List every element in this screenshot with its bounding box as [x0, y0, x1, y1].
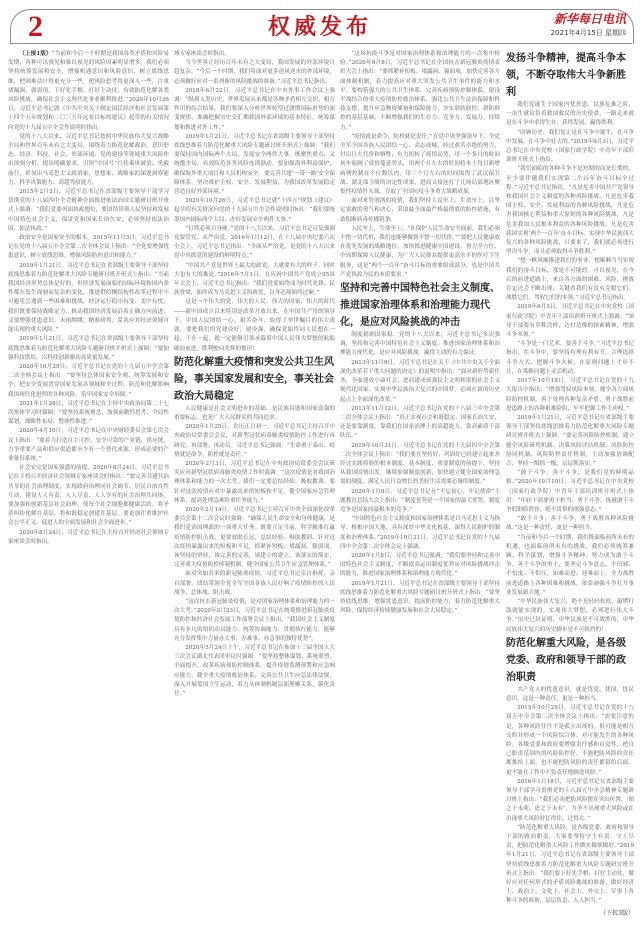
article-paragraph: 2020年1月25日，农历正月初一，习近平总书记主持召开中央政治局常委会会议，对…: [174, 423, 335, 460]
article-paragraph: 制度稳则国家稳。党的十八大以来，习近平总书记多次强调，坚持和完善中国特色社会主义…: [340, 331, 500, 359]
article-paragraph: “回顾历史，我们党正是在斗争中诞生、在斗争中发展、在斗争中壮大的。”2019年9…: [506, 129, 634, 166]
article-paragraph: 2019年9月3日，习近平总书记在中央党校（国家行政学院）中青年干部培训班开班式…: [506, 303, 634, 340]
article-paragraph: 我们党诞生于国家内忧外患、民族危难之时，一出生就肩负着救国救民的历史使命，一路走…: [506, 101, 634, 129]
subheadline-epidemic-risk: 防范化解重大疫情和突发公共卫生风险，事关国家发展和安全，事关社会政治大局稳定: [174, 354, 335, 405]
article-paragraph: 人民健康是社会文明进步的基础，是民族昌盛和国家富强的重要标志，也是广大人民群众的…: [174, 405, 335, 423]
article-paragraph: “中华民族伟大复兴，绝不是轻轻松松、敲锣打鼓就能实现的。实现伟大梦想，必须进行伟…: [506, 598, 634, 635]
article-paragraph: （上接1版）“当前和今后一个时期是我国各类矛盾和风险易发期，各种可以预见和难以预…: [8, 50, 169, 133]
article-column-2: 域专家座谈会时指出。 当今世界正经历百年未有之大变局，我国发展的外部环境日趋复杂…: [174, 50, 335, 921]
article-paragraph: 这是一个伟大的党、伟大的人民、伟大的国家、伟大的时代——新中国成立以来特别是改革…: [174, 298, 335, 353]
article-paragraph: 2015年10月29日，习近平总书记在党的十八届五中全会第二次全体会议上指出：“…: [506, 704, 634, 778]
article-paragraph: 2018年6月22日，习近平总书记在中央外事工作会议上强调：“纵观人类历史，世界…: [174, 87, 335, 133]
continued-from-label: （上接1版）: [19, 51, 52, 57]
masthead: 新华每日电讯 2021年4月15日 星期四: [551, 12, 626, 38]
article-paragraph: 2021年1月28日，习近平总书记在主持中央政治局第二十七次集体学习时强调：“要…: [8, 400, 169, 428]
continued-on-label: （下转3版）: [506, 909, 634, 918]
article-paragraph: 2020年2月3日，习近平总书记在中央政治局常委会会议研究应对新型冠状病毒肺炎疫…: [174, 460, 335, 506]
article-paragraph: “疫情就是命令，防控就是责任。”在党中央坚强领导下，全党全军全国各族人民团结一心…: [340, 133, 500, 197]
article-paragraph: 2019年1月21日，习近平总书记在省部级主要领导干部坚持底线思维着力防范化解重…: [8, 335, 169, 363]
article-column-1: （上接1版）“当前和今后一个时期是我国各类矛盾和风险易发期，各种可以预见和难以预…: [8, 50, 169, 921]
subheadline-political-duty: 防范化解重大风险，是各级党委、政府和领导干部的政治职责: [506, 635, 634, 686]
article-paragraph: “防范化解重大风险，是各级党委、政府和领导干部的政治职责，大家要坚持守土有责、守…: [506, 824, 634, 907]
article-paragraph: “敢于斗争、善于斗争，是我们党的鲜明品格。”2020年10月10日，习近平总书记…: [506, 469, 634, 515]
article-paragraph: 2013年11月9日，习近平总书记在关于《中共中央关于全面深化改革若干重大问题的…: [340, 359, 500, 405]
article-paragraph: “想一帆风顺推进我们的事业，想顺顺当当实现我们的奋斗目标，那是不可能的。可以预见…: [506, 257, 634, 303]
article-paragraph: 2017年10月18日，习近平总书记在党的十九大报告中指出：“增强驾驭风险本领，…: [506, 377, 634, 414]
header-divider: [10, 43, 632, 44]
section-title: 权威发布: [0, 14, 640, 40]
article-paragraph: “斗争是一门艺术，要善于斗争。”习近平总书记指出，在斗争中，要坚持有理有利有节，…: [506, 340, 634, 377]
article-paragraph: 2019年1月21日，习近平总书记在省部级主要领导干部坚持底线思维着力防范化解重…: [506, 414, 634, 469]
article-paragraph: “中国特色社会主义制度和国家治理体系是以马克思主义为指导、植根中国大地、具有深厚…: [340, 515, 500, 552]
article-paragraph: 2020年1月8日，习近平总书记在“不忘初心、牢记使命”主题教育总结大会上指出：…: [340, 488, 500, 516]
article-paragraph: 面对来势汹汹的疫情，我们坚持人民至上、生命至上，以坚定果敢的勇气和决心，采取最全…: [340, 197, 500, 225]
article-paragraph: 2019年10月31日，习近平总书记在党的十九届四中全会第二次全体会议上指出：“…: [340, 442, 500, 488]
subheadline-struggle-spirit: 发扬斗争精神，提高斗争本领，不断夺取伟大斗争新胜利: [506, 50, 634, 101]
article-paragraph: 域专家座谈会时指出。: [174, 50, 335, 59]
article-paragraph: 当今世界正经历百年未有之大变局，我国发展的外部环境日趋复杂。“今后一个时期，我们…: [174, 59, 335, 87]
article-paragraph: 人民至上，生命至上。“在保护人民生命安全面前，我们必须不惜一切代价，我们也能够做…: [340, 225, 500, 280]
article-paragraph: “敢于斗争，善于斗争，勇于战胜各种风险挑战。”这是一种责任，更是一种担当。: [506, 515, 634, 533]
article-paragraph: “中国共产党是世界上最大的政党。大就要有大的样子，同时大也有大的难处。”2016…: [174, 262, 335, 299]
article-paragraph: 2019年1月21日，习近平总书记在省部级主要领导干部坚持底线思维着力防范化解重…: [174, 133, 335, 197]
article-paragraph: 共产党人的忧患意识，就是忧党、忧国、忧民意识，这是一种责任，更是一种担当。: [506, 686, 634, 704]
article-paragraph: 2020年2月14日，习近平总书记主持召开中央全面深化改革委员会第十二次会议时强…: [174, 506, 335, 570]
article-paragraph: 2013年11月12日，习近平总书记在党的十八届三中全会第二次全体会议上指出：“…: [340, 405, 500, 442]
article-paragraph: “我们面临的各种斗争不是短期的而是长期的，至少要伴随我们实现第二个百年奋斗目标全…: [506, 165, 634, 257]
article-paragraph: 面对突如其来的新冠肺炎疫情，习近平总书记亲自指挥、亲自部署，团结带领全党全军全国…: [174, 570, 335, 598]
article-paragraph: 2020年1月8日，习近平总书记强调，“我们要坚持和完善中国特色社会主义制度，不…: [340, 552, 500, 580]
article-paragraph: “这场抗疫斗争是对国家治理体系和治理能力的一次集中检验。”2020年9月8日，习…: [340, 50, 500, 133]
article-paragraph: 党的十八大以来，习近平总书记按照中华民族伟大复兴战略全局和世界百年未有之大变局，…: [8, 133, 169, 188]
issue-date: 2021年4月15日 星期四: [551, 28, 626, 38]
newspaper-logo: 新华每日电讯: [551, 12, 626, 26]
article-paragraph: “打铁必须自身硬。”党的十八大以来，习近平总书记反复强调党要管党、从严治党。20…: [174, 225, 335, 262]
article-paragraph: 2019年1月21日，习近平总书记在省部级主要领导干部坚持底线思维着力防范化解重…: [340, 580, 500, 617]
article-paragraph: 2019年1月21日，习近平总书记在省部级主要领导干部坚持底线思维着力防范化解重…: [8, 262, 169, 336]
article-paragraph: 2020年10月29日，习近平总书记在党的十九届五中全会第二次全体会议上指出：“…: [8, 363, 169, 400]
article-column-3: “这场抗疫斗争是对国家治理体系和治理能力的一次集中检验。”2020年9月8日，习…: [340, 50, 500, 921]
subheadline-socialist-system: 坚持和完善中国特色社会主义制度、推进国家治理体系和治理能力现代化，是应对风险挑战…: [340, 280, 500, 331]
article-paragraph: 2020年4月10日，习近平总书记在中央财经委员会第七次会议上指出：“要着力打造…: [8, 427, 169, 464]
article-paragraph: 2016年1月18日，习近平总书记在省部级主要领导干部学习贯彻党的十八届五中全会…: [506, 778, 634, 824]
article-paragraph: 2020年8月24日，习近平总书记在主持召开经济社会领域专家座谈会时指出。: [8, 529, 169, 547]
article-paragraph: 2020年10月26日，习近平总书记就“十四五”规划《建议》起草的有关情况向党的…: [174, 197, 335, 225]
article-column-4: 发扬斗争精神，提高斗争本领，不断夺取伟大斗争新胜利 我们党诞生于国家内忧外患、民…: [506, 50, 634, 921]
article-paragraph: 2020年5月24日上午，习近平总书记在参加十三届全国人大三次会议湖北代表团审议…: [174, 644, 335, 699]
article-paragraph: 2015年2月2日，习近平总书记在省部级主要领导干部学习贯彻党的十八届四中全会精…: [8, 188, 169, 234]
article-paragraph: 社会安定是国家强盛的前提。2020年8月24日，习近平总书记在主持召开经济社会领…: [8, 464, 169, 528]
article-paragraph: “当前和今后一个时期，我们既面临前所未有的机遇，也面临前所未有的挑战，我们必须统…: [506, 534, 634, 598]
article-paragraph: “这次抗击新冠肺炎疫情，是对国家治理体系和治理能力的一次大考。”2020年2月2…: [174, 598, 335, 644]
article-paragraph: 政治安全是国家安全的根本。2015年11月3日，习近平总书记在党的十八届五中全会…: [8, 234, 169, 262]
